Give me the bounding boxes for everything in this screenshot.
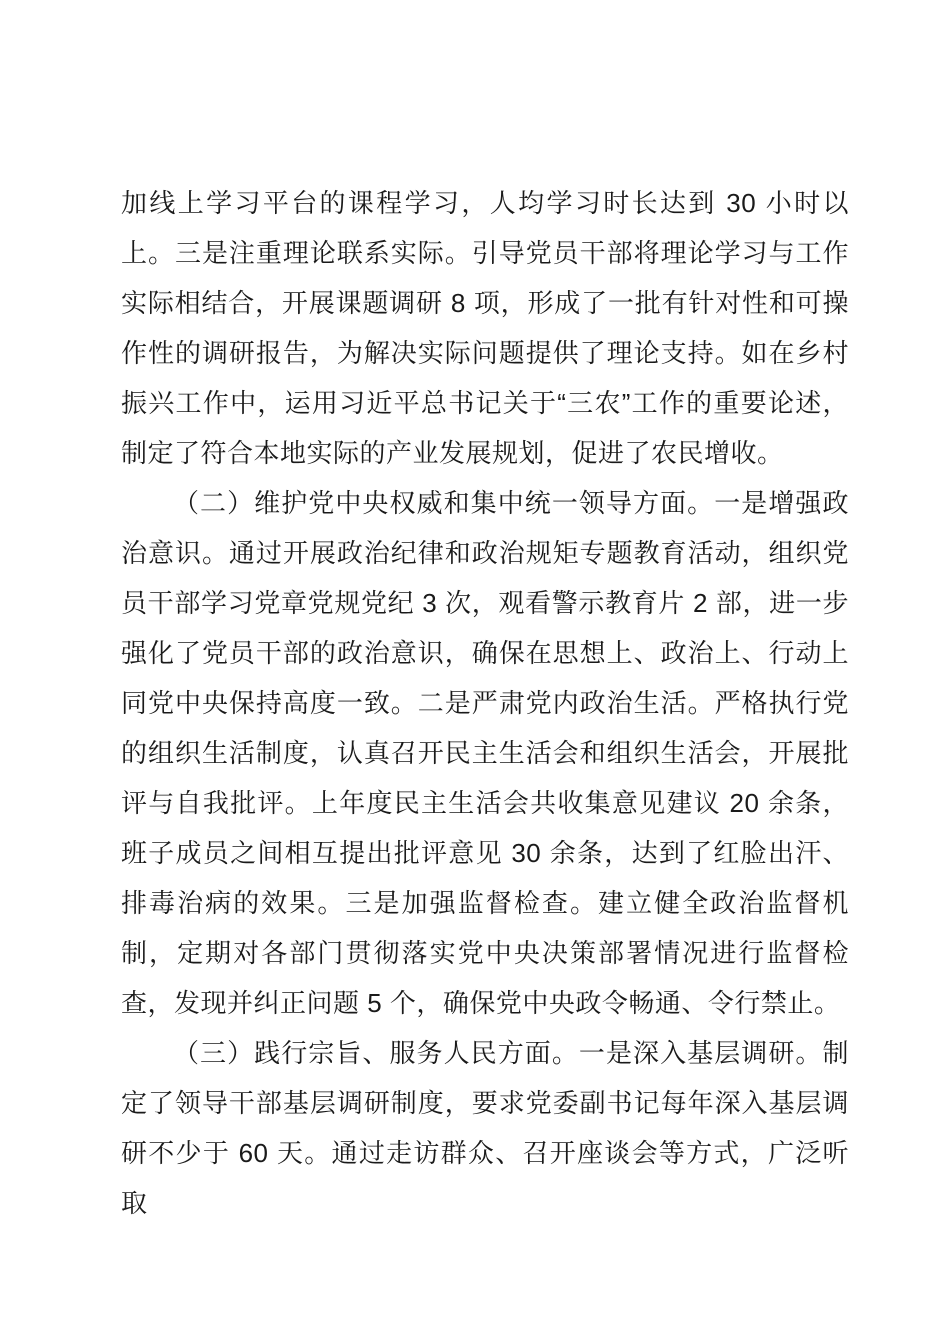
document-body: 加线上学习平台的课程学习，人均学习时长达到 30 小时以上。三是注重理论联系实际… [121, 178, 849, 1228]
paragraph-continuation: 加线上学习平台的课程学习，人均学习时长达到 30 小时以上。三是注重理论联系实际… [121, 178, 849, 478]
paragraph-section-2: （二）维护党中央权威和集中统一领导方面。一是增强政治意识。通过开展政治纪律和政治… [121, 478, 849, 1028]
paragraph-section-3: （三）践行宗旨、服务人民方面。一是深入基层调研。制定了领导干部基层调研制度，要求… [121, 1028, 849, 1228]
document-page: 加线上学习平台的课程学习，人均学习时长达到 30 小时以上。三是注重理论联系实际… [0, 0, 950, 1344]
